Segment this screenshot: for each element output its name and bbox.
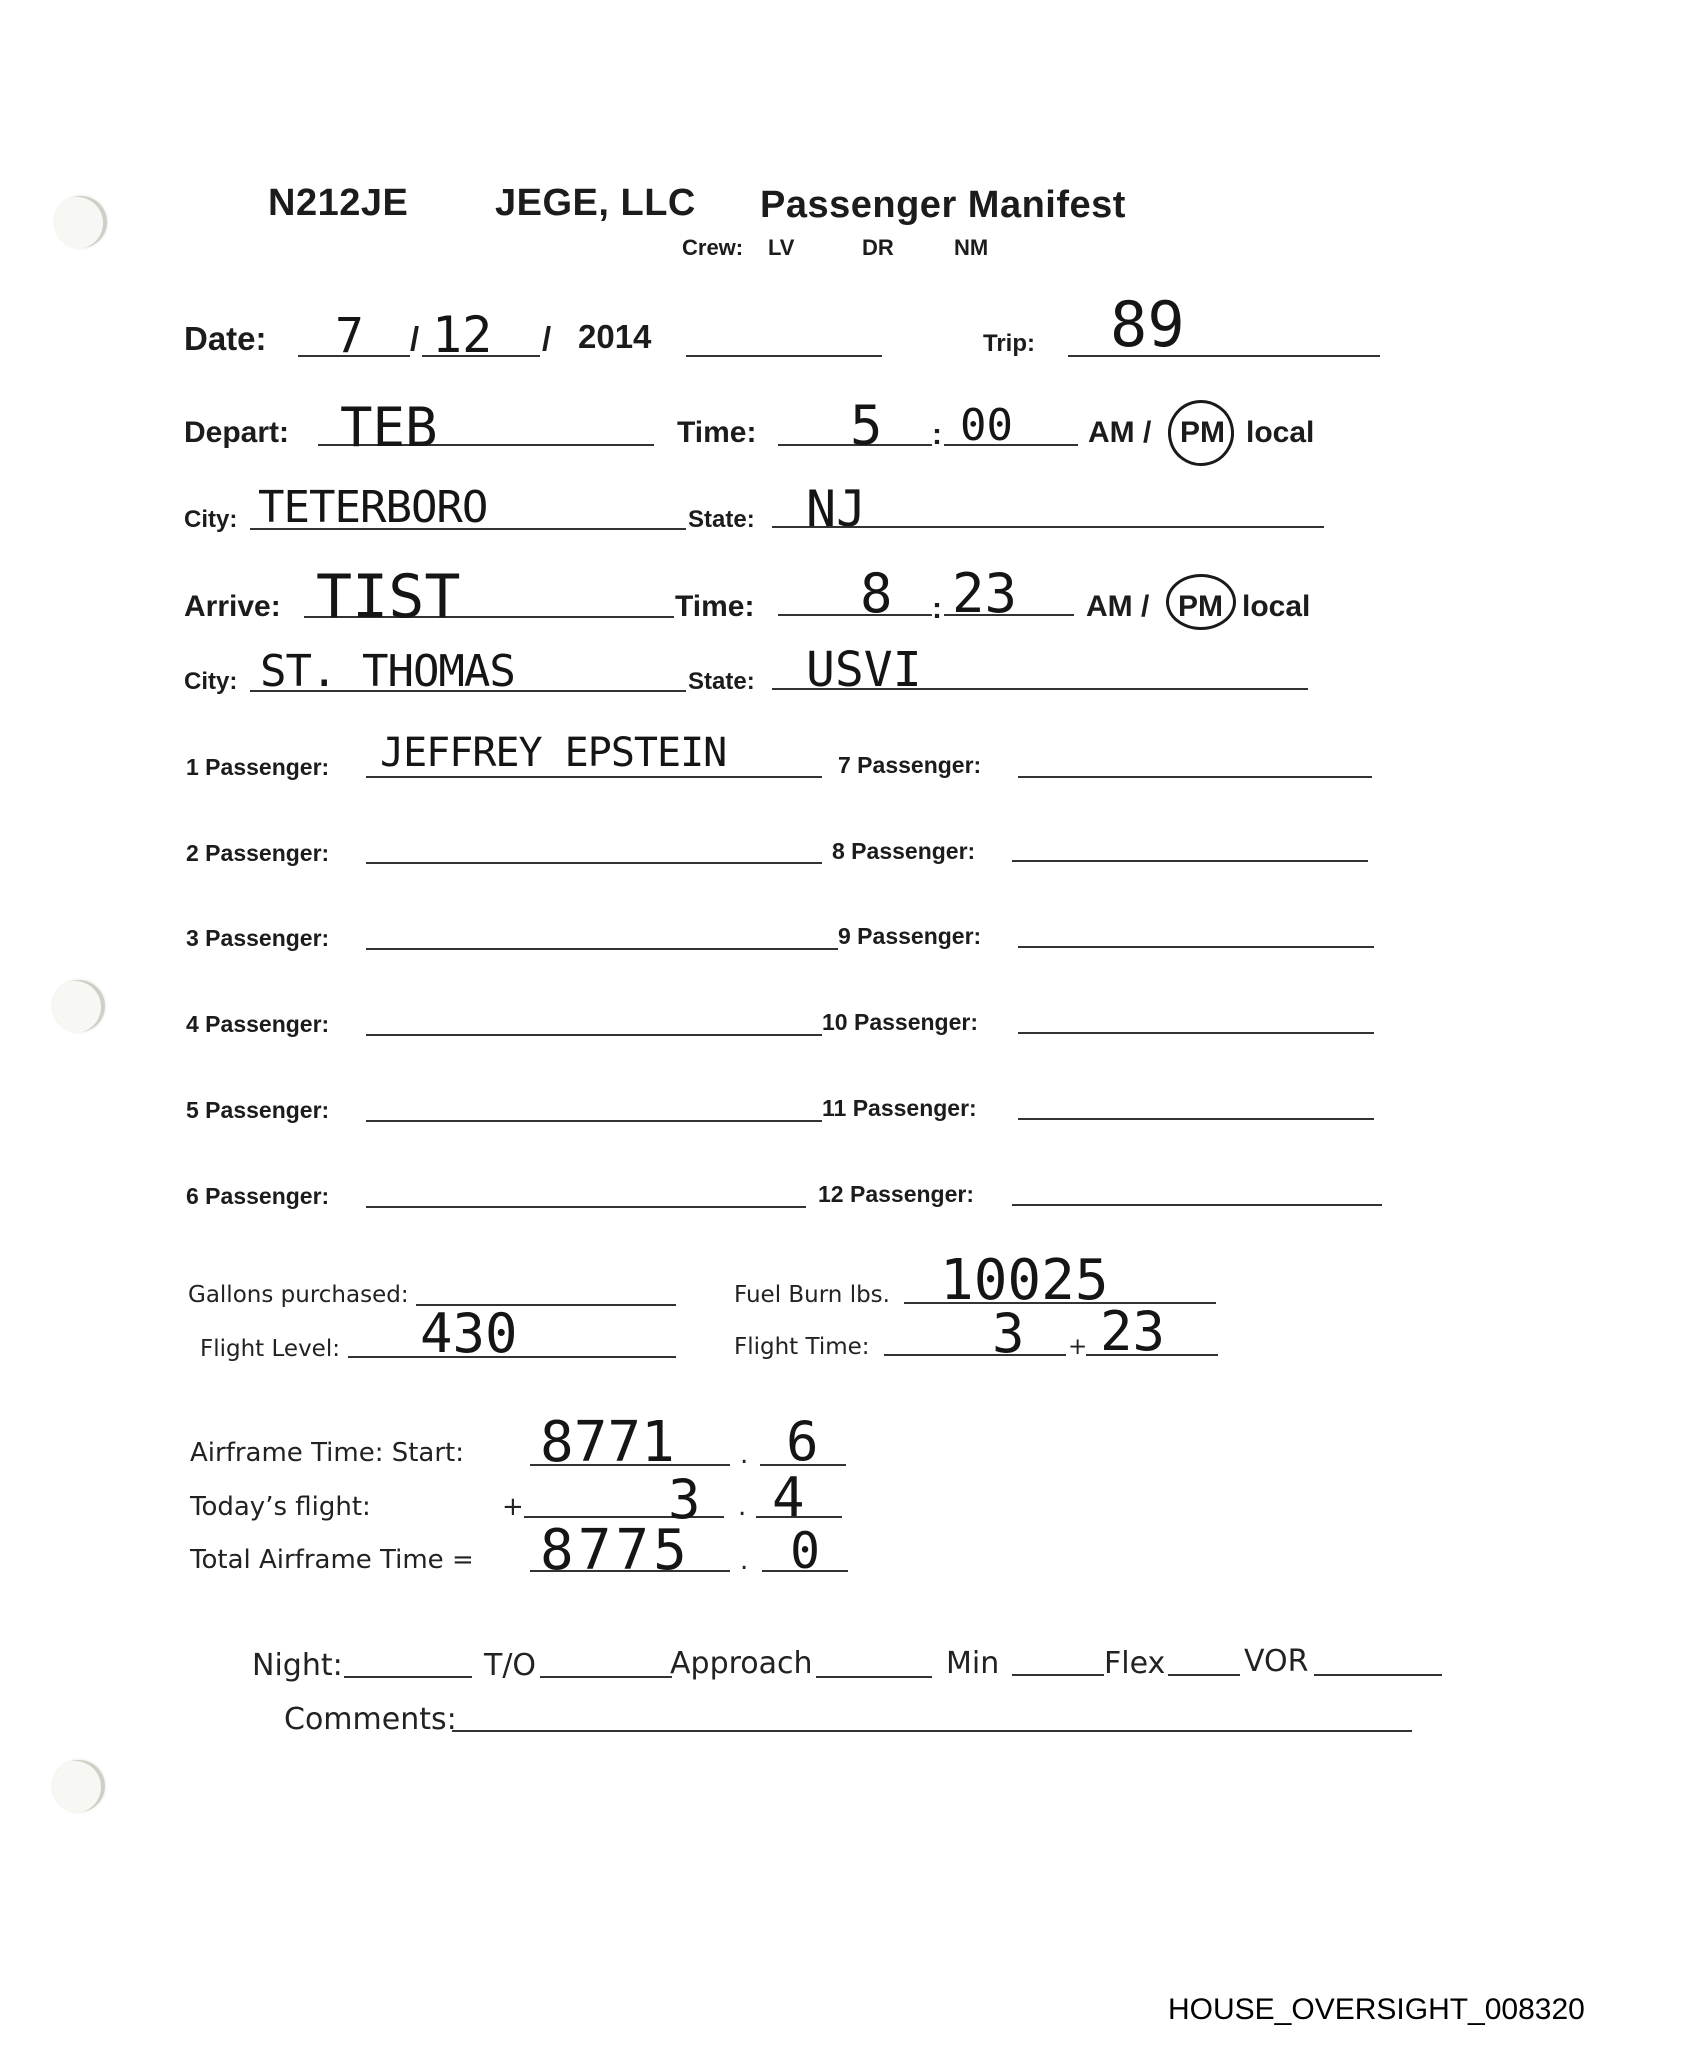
comments-label: Comments: [284, 1702, 457, 1737]
crew-member-3: NM [954, 235, 988, 261]
arrive-city-value: ST. THOMAS [260, 646, 515, 697]
flight-time-hours-value: 3 [992, 1302, 1025, 1365]
date-separator: / [410, 320, 419, 358]
airframe-start-tenth-value: 6 [786, 1410, 819, 1473]
arrive-time-colon: : [932, 592, 942, 626]
flight-time-separator: + [1068, 1334, 1087, 1360]
binder-hole-bottom [53, 1760, 105, 1812]
vor-field[interactable] [1314, 1674, 1442, 1676]
arrive-pm-selected-circle [1166, 574, 1236, 630]
passenger-6-label: 6 Passenger: [186, 1183, 329, 1210]
passenger-1-label: 1 Passenger: [186, 754, 329, 781]
vor-label: VOR [1244, 1644, 1308, 1679]
depart-time-colon: : [932, 418, 942, 452]
page-title: Passenger Manifest [760, 184, 1126, 227]
arrive-minute-value: 23 [952, 562, 1017, 625]
todays-flight-tenth-value: 4 [772, 1466, 805, 1529]
total-airframe-tenth-value: 0 [790, 1522, 820, 1580]
passenger-10-field[interactable] [1018, 1032, 1374, 1034]
arrive-local-label: local [1242, 590, 1310, 624]
min-label: Min [946, 1646, 999, 1681]
passenger-7-label: 7 Passenger: [838, 752, 981, 779]
passenger-12-field[interactable] [1012, 1204, 1382, 1206]
depart-am-option[interactable]: AM / [1088, 416, 1151, 450]
approach-field[interactable] [816, 1676, 932, 1678]
crew-member-2: DR [862, 235, 894, 261]
date-day-value: 12 [432, 306, 492, 364]
crew-member-1: LV [768, 235, 794, 261]
todays-flight-plus: + [502, 1492, 524, 1522]
passenger-12-label: 12 Passenger: [818, 1181, 974, 1208]
gallons-purchased-label: Gallons purchased: [188, 1282, 409, 1308]
depart-airport-value: TEB [340, 396, 438, 459]
passenger-9-label: 9 Passenger: [838, 923, 981, 950]
night-label: Night: [252, 1648, 343, 1683]
arrive-city-label: City: [184, 668, 237, 696]
depart-local-label: local [1246, 416, 1314, 450]
depart-state-label: State: [688, 506, 755, 534]
binder-hole-top [55, 196, 107, 248]
flight-level-label: Flight Level: [200, 1336, 340, 1362]
passenger-8-label: 8 Passenger: [832, 838, 975, 865]
airframe-start-whole-value: 8771 [540, 1410, 675, 1475]
passenger-8-field[interactable] [1012, 860, 1368, 862]
passenger-11-field[interactable] [1018, 1118, 1374, 1120]
date-month-value: 7 [335, 308, 364, 364]
depart-label: Depart: [184, 416, 289, 450]
passenger-2-field[interactable] [366, 862, 822, 864]
comments-field[interactable] [452, 1730, 1412, 1732]
tail-number: N212JE [268, 182, 408, 225]
flight-time-minutes-value: 23 [1100, 1300, 1165, 1363]
flex-label: Flex [1104, 1646, 1165, 1681]
depart-city-label: City: [184, 506, 237, 534]
fuel-burn-label: Fuel Burn lbs. [734, 1282, 890, 1308]
takeoff-field[interactable] [540, 1676, 672, 1678]
depart-minute-value: 00 [960, 400, 1013, 451]
passenger-4-field[interactable] [366, 1034, 822, 1036]
passenger-10-label: 10 Passenger: [822, 1009, 978, 1036]
trip-label: Trip: [983, 330, 1035, 358]
night-field[interactable] [344, 1676, 472, 1678]
arrive-hour-field[interactable] [778, 614, 932, 616]
depart-time-label: Time: [677, 416, 756, 450]
total-airframe-label: Total Airframe Time = [190, 1545, 474, 1575]
arrive-time-label: Time: [675, 590, 754, 624]
passenger-3-label: 3 Passenger: [186, 925, 329, 952]
arrive-airport-value: TIST [316, 562, 461, 632]
passenger-11-label: 11 Passenger: [822, 1095, 977, 1122]
binder-hole-middle [53, 980, 105, 1032]
arrive-state-value: USVI [806, 642, 922, 698]
passenger-7-field[interactable] [1018, 776, 1372, 778]
depart-state-value: NJ [806, 480, 866, 538]
depart-city-value: TETERBORO [258, 482, 487, 533]
passenger-1-name: JEFFREY EPSTEIN [380, 730, 726, 776]
passenger-5-field[interactable] [366, 1120, 822, 1122]
total-airframe-whole-value: 8775 [540, 1518, 691, 1583]
min-field[interactable] [1012, 1674, 1104, 1676]
arrive-am-option[interactable]: AM / [1086, 590, 1149, 624]
company-name: JEGE, LLC [495, 182, 696, 225]
takeoff-label: T/O [484, 1648, 536, 1683]
date-label: Date: [184, 320, 267, 358]
crew-label: Crew: [682, 235, 743, 261]
depart-pm-selected-circle [1163, 395, 1239, 471]
flex-field[interactable] [1168, 1674, 1240, 1676]
arrive-state-label: State: [688, 668, 755, 696]
flight-time-label: Flight Time: [734, 1334, 870, 1360]
depart-hour-value: 5 [850, 394, 883, 457]
total-airframe-dot: . [740, 1546, 748, 1576]
passenger-3-field[interactable] [366, 948, 838, 950]
approach-label: Approach [670, 1646, 813, 1681]
passenger-9-field[interactable] [1018, 946, 1374, 948]
passenger-5-label: 5 Passenger: [186, 1097, 329, 1124]
trip-number-value: 89 [1110, 288, 1185, 361]
airframe-start-label: Airframe Time: Start: [190, 1438, 464, 1468]
date-year: 2014 [578, 318, 651, 356]
airframe-start-dot: . [740, 1440, 748, 1470]
date-separator: / [542, 320, 551, 358]
arrive-label: Arrive: [184, 590, 281, 624]
arrive-hour-value: 8 [860, 562, 893, 625]
passenger-6-field[interactable] [366, 1206, 806, 1208]
bates-number: HOUSE_OVERSIGHT_008320 [1168, 1993, 1585, 2027]
todays-flight-dot: . [738, 1492, 746, 1522]
passenger-1-field[interactable] [366, 776, 822, 778]
passenger-2-label: 2 Passenger: [186, 840, 329, 867]
flight-time-hours-field[interactable] [884, 1354, 1066, 1356]
todays-flight-label: Today’s flight: [190, 1492, 371, 1522]
date-trailing-field[interactable] [686, 355, 882, 357]
flight-level-value: 430 [420, 1302, 518, 1365]
passenger-4-label: 4 Passenger: [186, 1011, 329, 1038]
